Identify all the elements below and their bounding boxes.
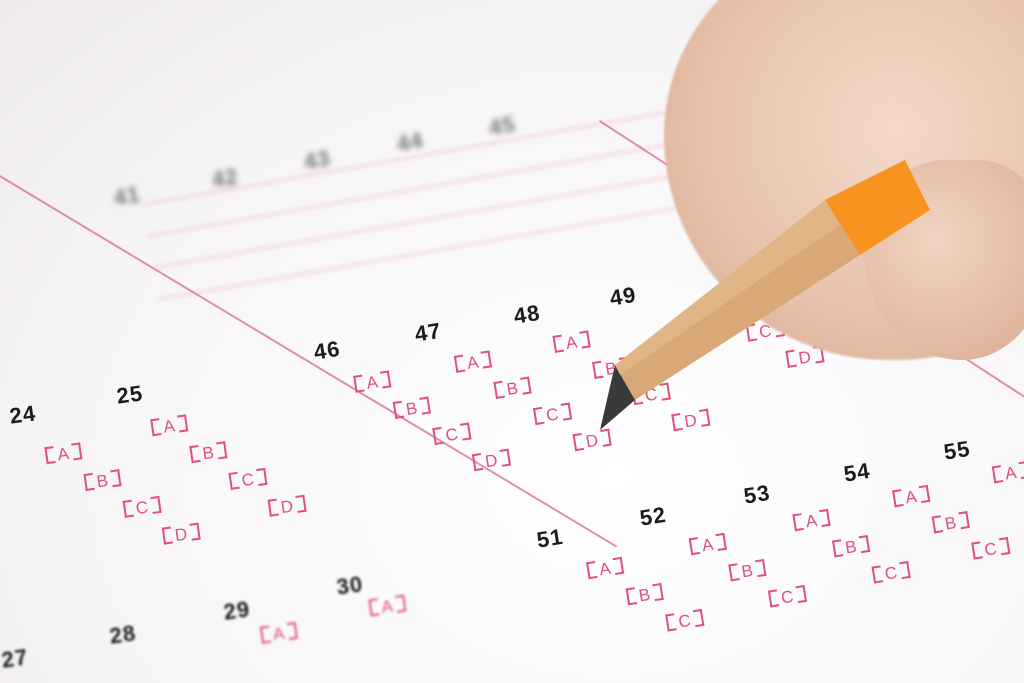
bubble-b[interactable]: B [728, 559, 767, 584]
bubble-b[interactable]: B [393, 396, 432, 421]
bubble-a[interactable]: A [892, 485, 931, 510]
question-number: 28 [108, 620, 138, 649]
bubble-c[interactable]: C [432, 422, 472, 448]
question-number: 54 [842, 458, 872, 488]
bubble-a[interactable]: A [150, 414, 189, 439]
question-number: 55 [942, 436, 972, 466]
bubble-b[interactable]: B [832, 535, 871, 560]
bubble-d[interactable]: D [162, 523, 202, 548]
question-number: 48 [512, 300, 542, 330]
bubble-b[interactable]: B [189, 441, 228, 466]
bubble-b[interactable]: B [84, 469, 123, 494]
bubble-a[interactable]: A [353, 370, 392, 395]
bubble-a[interactable]: A [368, 595, 407, 620]
question-number: 51 [535, 524, 565, 554]
bubble-a[interactable]: A [689, 533, 728, 558]
bubble-d[interactable]: D [472, 449, 512, 475]
question-number: 53 [742, 480, 772, 510]
bubble-c[interactable]: C [533, 402, 573, 428]
question-number: 27 [0, 644, 30, 673]
bubble-a[interactable]: A [44, 442, 83, 467]
bubble-c[interactable]: C [768, 585, 808, 611]
bubble-b[interactable]: B [932, 511, 971, 536]
bubble-b[interactable]: B [493, 376, 532, 401]
question-number: 25 [115, 380, 145, 409]
question-number: 47 [413, 318, 443, 348]
bubble-c[interactable]: C [665, 609, 705, 635]
question-number: 24 [8, 400, 38, 429]
bubble-a[interactable]: A [792, 509, 831, 534]
pencil-icon [600, 140, 930, 440]
bubble-c[interactable]: C [872, 561, 912, 587]
question-number: 46 [312, 336, 342, 366]
answer-sheet-photo: 24 A B C D 25 A B C D 27 28 A 29 A 30 41… [0, 0, 1024, 683]
bubble-a[interactable]: A [586, 557, 625, 582]
question-number: 29 [222, 596, 252, 625]
bubble-a[interactable]: A [553, 330, 592, 355]
bubble-a[interactable]: A [992, 461, 1024, 486]
bubble-a[interactable]: A [260, 622, 299, 647]
bubble-c[interactable]: C [229, 468, 269, 493]
question-number: 52 [638, 502, 668, 532]
bubble-a[interactable]: A [454, 350, 493, 375]
question-number: 30 [335, 571, 365, 600]
bubble-c[interactable]: C [123, 496, 163, 521]
question-number: 41 [112, 181, 143, 211]
bubble-b[interactable]: B [626, 583, 665, 608]
bubble-c[interactable]: C [971, 537, 1011, 563]
bubble-d[interactable]: D [268, 495, 308, 520]
